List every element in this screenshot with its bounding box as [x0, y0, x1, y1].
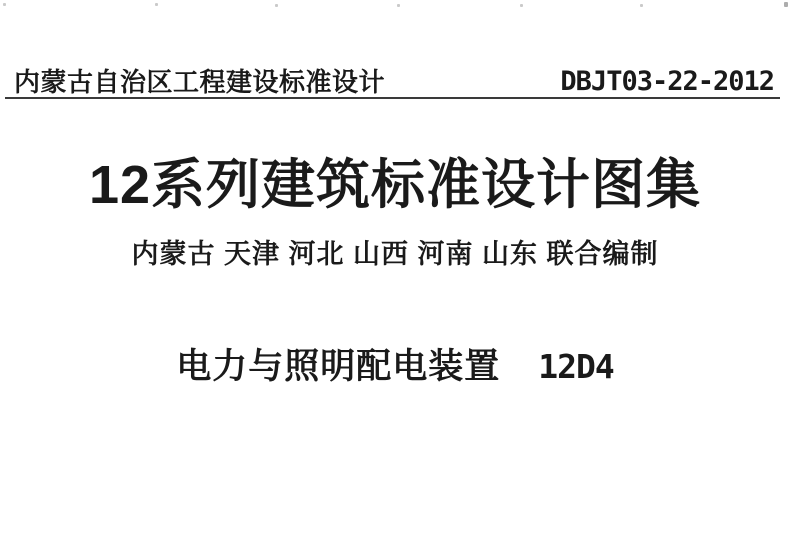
volume-line: 电力与照明配电装置 12D4 [0, 348, 790, 387]
document-page: 内蒙古自治区工程建设标准设计 DBJT03-22-2012 12系列建筑标准设计… [0, 0, 790, 556]
scan-speck [397, 4, 400, 7]
scan-speck [155, 3, 158, 6]
editors-subtitle: 内蒙古 天津 河北 山西 河南 山东 联合编制 [0, 238, 790, 270]
header-right-code: DBJT03-22-2012 [560, 68, 774, 95]
scan-speck [275, 4, 278, 7]
scan-speck [520, 4, 523, 7]
scan-speck [640, 4, 643, 7]
header-rule [5, 97, 780, 99]
volume-code: 12D4 [538, 349, 613, 385]
header: 内蒙古自治区工程建设标准设计 DBJT03-22-2012 [14, 58, 774, 95]
volume-title: 电力与照明配电装置 [176, 348, 500, 387]
scan-speck [784, 2, 788, 7]
header-left-title: 内蒙古自治区工程建设标准设计 [14, 69, 385, 95]
scan-speck [3, 3, 6, 6]
main-title: 12系列建筑标准设计图集 [0, 156, 790, 215]
